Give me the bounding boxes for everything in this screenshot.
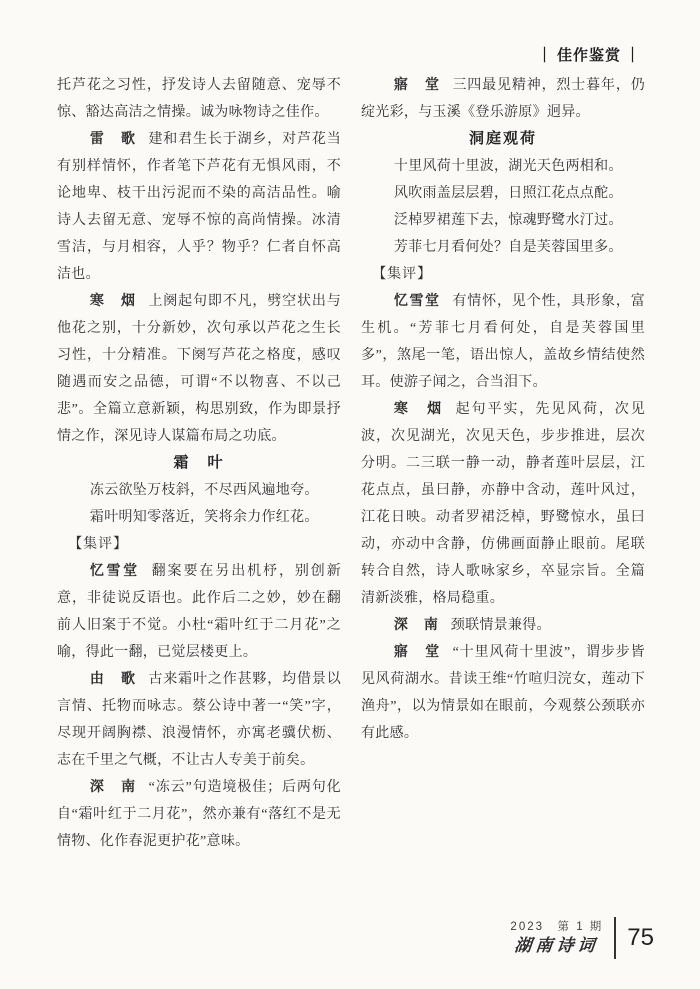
section-header: ｜佳作鉴赏｜ [533, 44, 645, 65]
commenter-name: 由 歌 [90, 672, 137, 687]
journal-logo: 湖南诗词 [509, 935, 604, 956]
commenter-name: 深 南 [394, 618, 439, 633]
right-column: 寤 堂三四最见精神，烈士暮年，仍绽光彩，与玉溪《登乐游原》迥异。 洞庭观荷 十里… [361, 72, 645, 855]
comment-paragraph: 寤 堂三四最见精神，烈士暮年，仍绽光彩，与玉溪《登乐游原》迥异。 [361, 72, 645, 126]
header-bar-right-icon: ｜ [621, 48, 645, 64]
page-number: 75 [627, 924, 654, 952]
collected-comments-label: 【集评】 [361, 261, 645, 288]
commenter-name: 寤 堂 [394, 78, 441, 93]
poem-line: 冻云欲坠万枝斜，不尽西风遍地夸。 [57, 477, 341, 504]
collected-comments-label: 【集评】 [57, 531, 341, 558]
comment-paragraph: 寒 烟上阕起句即不凡，劈空状出与他花之别，十分新妙，次句承以芦花之生长习性，十分… [57, 288, 341, 450]
comment-paragraph: 深 南“冻云”句造境极佳；后两句化自“霜叶红于二月花”，然亦兼有“落红不是无情物… [57, 774, 341, 855]
poem-line: 风吹雨盖层层碧，日照江花点点酡。 [361, 180, 645, 207]
header-bar-left-icon: ｜ [533, 48, 557, 64]
comment-paragraph: 寤 堂“十里风荷十里波”，谓步步皆见风荷湖水。昔读王维“竹喧归浣女，莲动下渔舟”… [361, 639, 645, 747]
comment-paragraph: 忆雪堂有情怀，见个性，具形象，富生机。“芳菲七月看何处，自是芙蓉国里多”，煞尾一… [361, 288, 645, 396]
poem-line: 泛棹罗裙莲下去，惊魂野鹭水汀过。 [361, 207, 645, 234]
comment-paragraph: 由 歌古来霜叶之作甚夥，均借景以言情、托物而咏志。蔡公诗中著一“笑”字，尽现开阔… [57, 666, 341, 774]
comment-paragraph: 深 南颈联情景兼得。 [361, 612, 645, 639]
comment-paragraph: 忆雪堂翻案要在另出机杼，别创新意，非徒说反语也。此作后二之妙，妙在翻前人旧案于不… [57, 558, 341, 666]
poem-line: 霜叶明知零落近，笑将余力作红花。 [57, 504, 341, 531]
poem-line: 十里风荷十里波，湖光天色两相和。 [361, 153, 645, 180]
magazine-page: ｜佳作鉴赏｜ 托芦花之习性，抒发诗人去留随意、宠辱不惊、豁达高洁之情操。诚为咏物… [0, 0, 700, 989]
commenter-name: 寒 烟 [394, 402, 444, 417]
paragraph-continuation: 托芦花之习性，抒发诗人去留随意、宠辱不惊、豁达高洁之情操。诚为咏物诗之佳作。 [57, 72, 341, 126]
commenter-name: 忆雪堂 [394, 294, 441, 309]
journal-imprint: 2023 第 1 期 湖南诗词 [510, 920, 603, 957]
commenter-name: 深 南 [90, 780, 137, 795]
comment-text: 颈联情景兼得。 [451, 618, 551, 633]
two-column-layout: 托芦花之习性，抒发诗人去留随意、宠辱不惊、豁达高洁之情操。诚为咏物诗之佳作。 雷… [57, 72, 645, 855]
commenter-name: 寤 堂 [394, 645, 441, 660]
comment-paragraph: 雷 歌建和君生长于湖乡，对芦花当有别样情怀，作者笔下芦花有无惧风雨，不论地卑、枝… [57, 126, 341, 288]
comment-text: 起句平实，先见风荷，次见波，次见湖光，次见天色，步步推进，层次分明。二三联一静一… [361, 402, 645, 606]
commenter-name: 雷 歌 [90, 132, 137, 147]
footer-divider [614, 917, 616, 959]
issue-label: 2023 第 1 期 [510, 920, 603, 934]
commenter-name: 忆雪堂 [90, 564, 140, 579]
comment-text: 建和君生长于湖乡，对芦花当有别样情怀，作者笔下芦花有无惧风雨，不论地卑、枝干出污… [57, 132, 341, 282]
poem-line: 芳菲七月看何处？自是芙蓉国里多。 [361, 234, 645, 261]
comment-text: 上阕起句即不凡，劈空状出与他花之别，十分新妙，次句承以芦花之生长习性，十分精准。… [57, 294, 341, 444]
comment-paragraph: 寒 烟起句平实，先见风荷，次见波，次见湖光，次见天色，步步推进，层次分明。二三联… [361, 396, 645, 612]
poem-title: 洞庭观荷 [361, 126, 645, 153]
section-header-title: 佳作鉴赏 [557, 48, 621, 64]
commenter-name: 寒 烟 [90, 294, 137, 309]
left-column: 托芦花之习性，抒发诗人去留随意、宠辱不惊、豁达高洁之情操。诚为咏物诗之佳作。 雷… [57, 72, 341, 855]
poem-title: 霜 叶 [57, 450, 341, 477]
page-footer: 2023 第 1 期 湖南诗词 75 [510, 917, 654, 959]
